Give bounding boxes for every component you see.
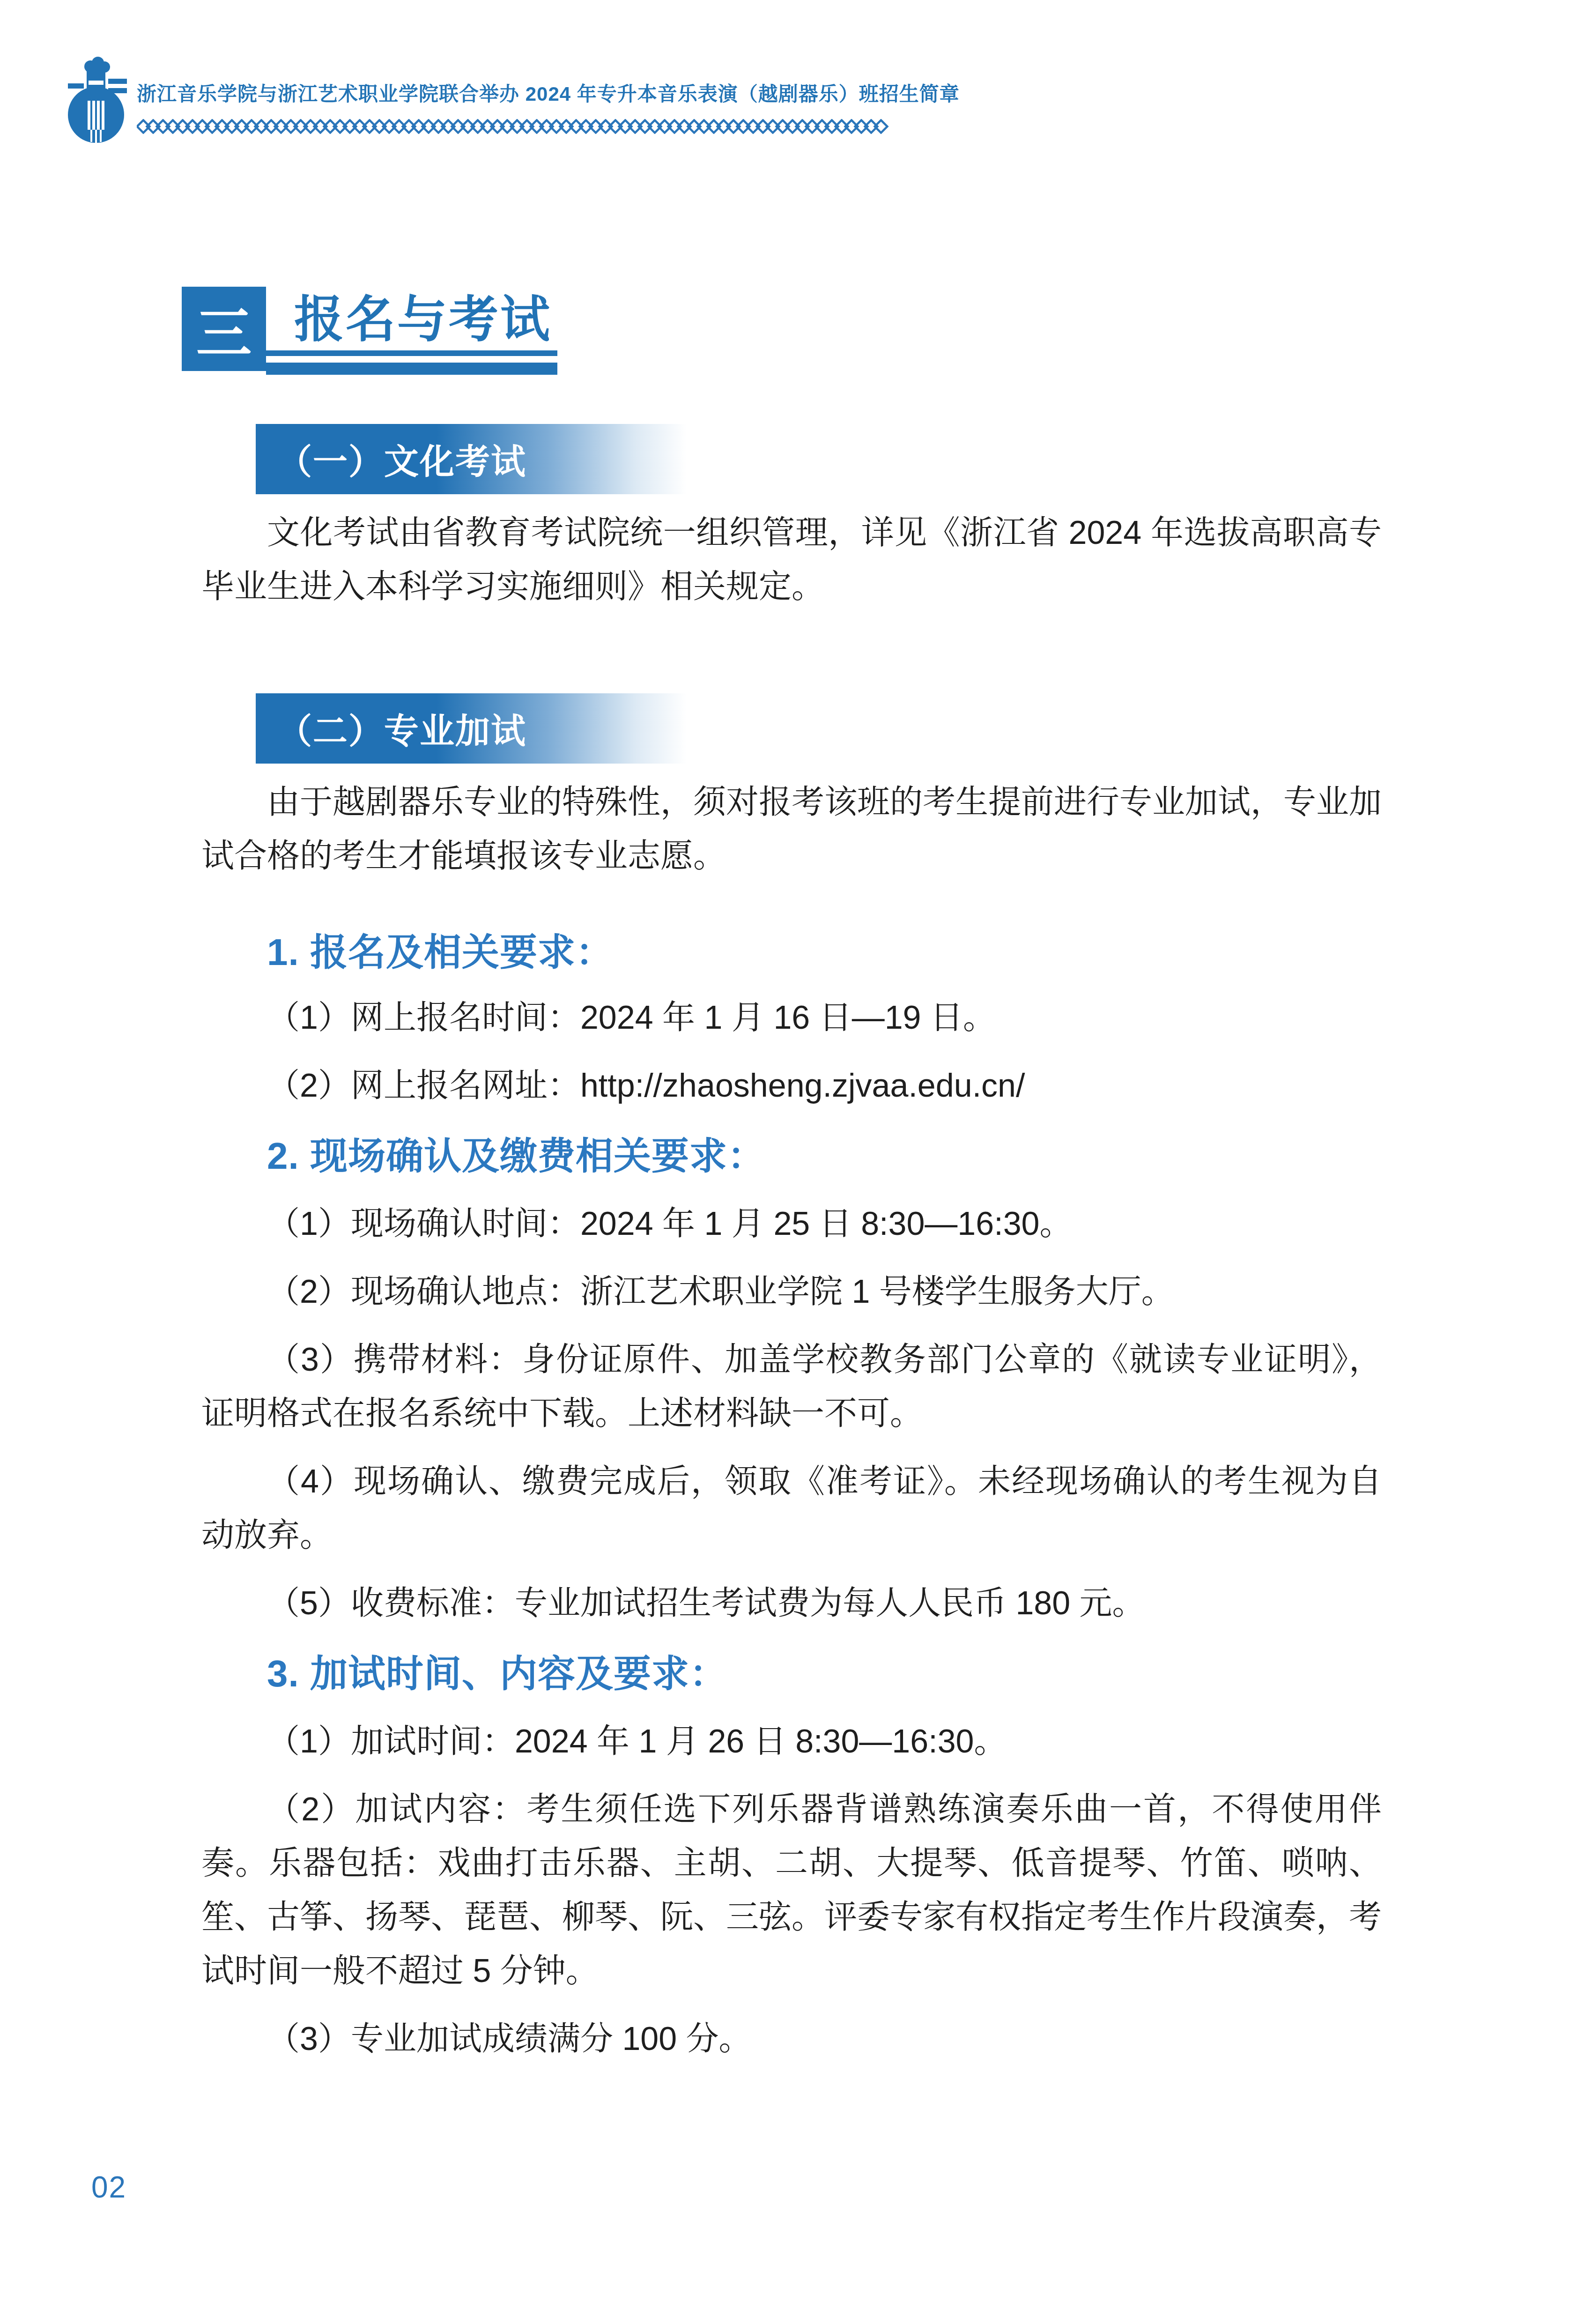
list-item: （3）专业加试成绩满分 100 分。 <box>201 2012 1382 2066</box>
section-number-badge: 三 <box>182 287 266 371</box>
paragraph-culture-exam: 文化考试由省教育考试院统一组织管理，详见《浙江省 2024 年选拔高职高专毕业生… <box>201 506 1382 614</box>
page-number: 02 <box>91 2170 126 2205</box>
list-item: （5）收费标准：专业加试招生考试费为每人人民币 180 元。 <box>201 1576 1382 1630</box>
diamond-divider-svg <box>137 119 891 134</box>
list-item: （3）携带材料：身份证原件、加盖学校教务部门公章的《就读专业证明》，证明格式在报… <box>201 1333 1382 1440</box>
section-underline-thick <box>266 363 557 375</box>
list-item: （1）网上报名时间：2024 年 1 月 16 日—19 日。 <box>201 991 1382 1045</box>
list-heading-test-schedule: 3. 加试时间、内容及要求： <box>267 1644 1382 1703</box>
list-heading-onsite-confirmation: 2. 现场确认及缴费相关要求： <box>267 1127 1382 1185</box>
list-heading-registration: 1. 报名及相关要求： <box>267 923 1382 981</box>
list-item: （2）网上报名网址：http://zhaosheng.zjvaa.edu.cn/ <box>201 1059 1382 1113</box>
paragraph-major-test-intro: 由于越剧器乐专业的特殊性，须对报考该班的考生提前进行专业加试，专业加试合格的考生… <box>201 775 1382 883</box>
subsection-heading-bar-1: （一）文化考试 <box>256 424 687 494</box>
list-item: （2）现场确认地点：浙江艺术职业学院 1 号楼学生服务大厅。 <box>201 1265 1382 1319</box>
list-item: （4）现场确认、缴费完成后，领取《准考证》。未经现场确认的考生视为自动放弃。 <box>201 1455 1382 1562</box>
pipa-logo-icon <box>67 56 128 148</box>
list-item: （1）加试时间：2024 年 1 月 26 日 8:30—16:30。 <box>201 1715 1382 1768</box>
subsection-heading-bar-2: （二）专业加试 <box>256 693 687 764</box>
diamond-divider <box>137 119 891 134</box>
list-item: （2）加试内容：考生须任选下列乐器背谱熟练演奏乐曲一首，不得使用伴奏。乐器包括：… <box>201 1782 1382 1998</box>
subsection-heading-2: （二）专业加试 <box>277 704 526 753</box>
subsection-heading-1: （一）文化考试 <box>277 434 526 484</box>
list-item: （1）现场确认时间：2024 年 1 月 25 日 8:30—16:30。 <box>201 1197 1382 1251</box>
page: 浙江音乐学院与浙江艺术职业学院联合举办 2024 年专升本音乐表演（越剧器乐）班… <box>0 0 1577 2324</box>
main-content: （一）文化考试 文化考试由省教育考试院统一组织管理，详见《浙江省 2024 年选… <box>201 424 1382 2066</box>
section-title: 报名与考试 <box>294 290 552 350</box>
document-header-title: 浙江音乐学院与浙江艺术职业学院联合举办 2024 年专升本音乐表演（越剧器乐）班… <box>137 79 1261 107</box>
section-underline-thin <box>266 350 557 356</box>
